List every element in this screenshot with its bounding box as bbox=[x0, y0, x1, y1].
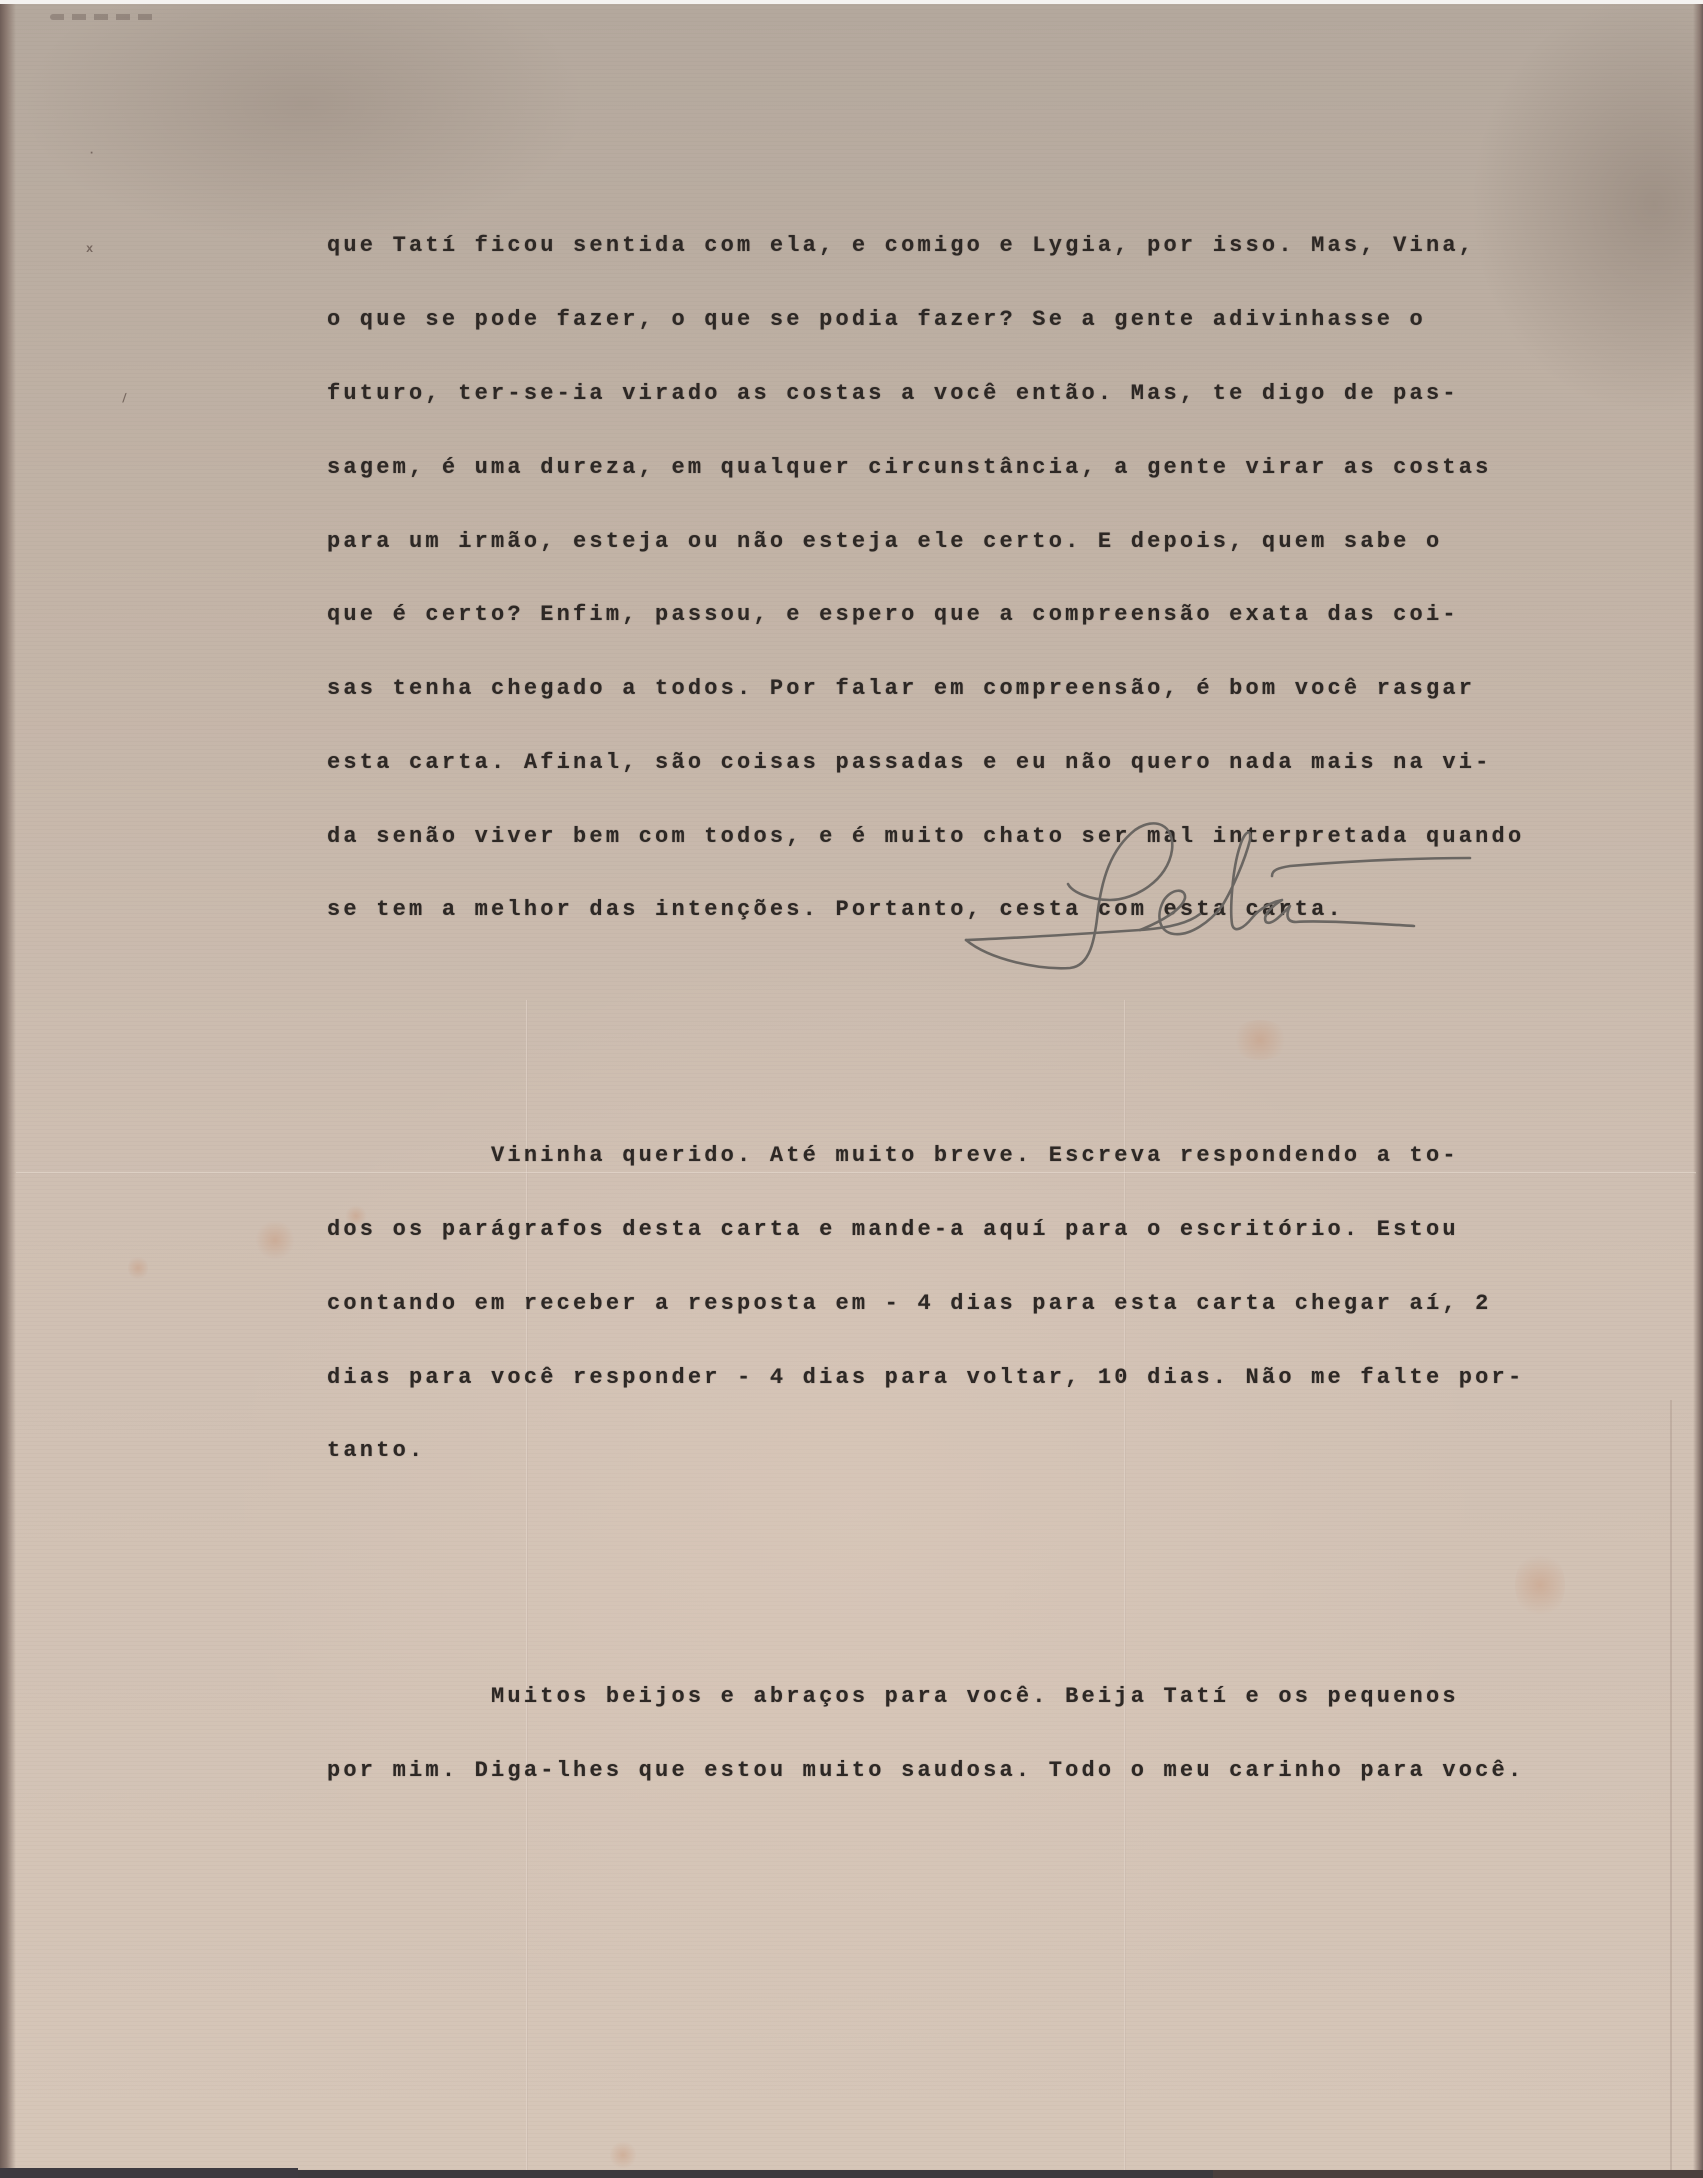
text-line: tanto. bbox=[327, 1439, 1587, 1464]
paragraph-gap bbox=[327, 1021, 1587, 1046]
text-line: dias para você responder - 4 dias para v… bbox=[327, 1366, 1587, 1391]
text-line: dos os parágrafos desta carta e mande-a … bbox=[327, 1218, 1587, 1243]
text-line: o que se pode fazer, o que se podia faze… bbox=[327, 308, 1587, 333]
foxing-stain bbox=[255, 1220, 295, 1260]
handwritten-signature: Lela bbox=[960, 810, 1480, 990]
paper-left-edge bbox=[0, 4, 16, 2170]
top-edge-mark bbox=[50, 14, 160, 20]
paragraph-3: Muitos beijos e abraços para você. Beija… bbox=[327, 1636, 1587, 1833]
text-line: sas tenha chegado a todos. Por falar em … bbox=[327, 677, 1587, 702]
scan-bottom-shadow-left bbox=[0, 2168, 298, 2178]
text-line: futuro, ter-se-ia virado as costas a voc… bbox=[327, 382, 1587, 407]
margin-mark-x: x bbox=[86, 242, 93, 256]
text-line: que Tatí ficou sentida com ela, e comigo… bbox=[327, 234, 1587, 259]
text-line: sagem, é uma dureza, em qualquer circuns… bbox=[327, 456, 1587, 481]
text-line: Muitos beijos e abraços para você. Beija… bbox=[327, 1685, 1587, 1710]
foxing-stain bbox=[610, 2140, 636, 2170]
text-line: por mim. Diga-lhes que estou muito saudo… bbox=[327, 1759, 1587, 1784]
text-line: contando em receber a resposta em - 4 di… bbox=[327, 1292, 1587, 1317]
scan-bottom-shadow-right bbox=[1213, 2170, 1703, 2178]
foxing-stain bbox=[128, 1255, 148, 1281]
paper-right-edge bbox=[1693, 4, 1703, 2174]
paragraph-2: Vininha querido. Até muito breve. Escrev… bbox=[327, 1095, 1587, 1513]
text-line: que é certo? Enfim, passou, e espero que… bbox=[327, 603, 1587, 628]
text-line: esta carta. Afinal, são coisas passadas … bbox=[327, 751, 1587, 776]
margin-mark-dot: · bbox=[88, 146, 95, 160]
letter-body: que Tatí ficou sentida com ela, e comigo… bbox=[327, 136, 1587, 1858]
fold-crease-right-edge bbox=[1670, 1400, 1672, 2170]
text-line: para um irmão, esteja ou não esteja ele … bbox=[327, 530, 1587, 555]
paragraph-gap bbox=[327, 1562, 1587, 1587]
text-line: Vininha querido. Até muito breve. Escrev… bbox=[327, 1144, 1587, 1169]
